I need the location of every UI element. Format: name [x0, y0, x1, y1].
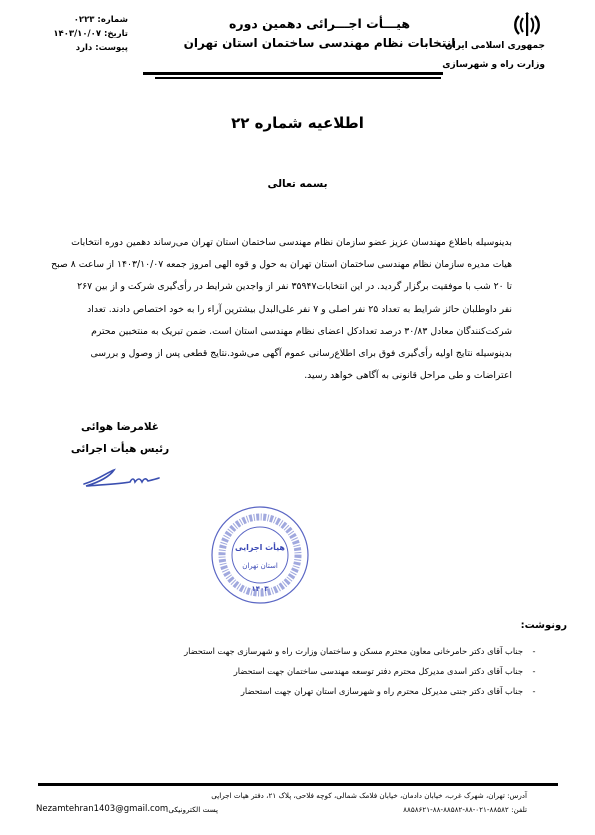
signer-role: رئیس هیأت اجرائی [60, 443, 180, 455]
cc-item: -جناب آقای دکتر حامرخانی معاون محترم مسک… [184, 646, 545, 656]
announcement-body: بدینوسیله باطلاع مهندسان عزیز عضو سازمان… [80, 232, 512, 387]
body-line: شرکت‌کنندگان معادل ۳۰/۸۳ درصد تعدادکل اع… [80, 321, 512, 343]
handwritten-signature-icon [80, 466, 160, 490]
body-line: بدینوسیله باطلاع مهندسان عزیز عضو سازمان… [80, 232, 512, 254]
invocation: بسمه تعالی [0, 178, 595, 190]
footer-address: آدرس: تهران، شهرک غرب، خیابان دادمان، خی… [211, 791, 527, 800]
stamp-text-province: استان تهران [205, 562, 315, 570]
body-line: بدینوسیله نتایج اولیه رأی‌گیری فوق برای … [80, 343, 512, 365]
footer-phone: تلفن: ۸۸۵۸۲-۰۲۱-۸۸-۸۸۵۸۲-۸۸-۸۸۵۸۶۲۱ [403, 805, 527, 814]
footer-divider [38, 783, 558, 786]
body-line: تا ۲۰ شب با موفقیت برگزار گردید. در این … [80, 276, 512, 298]
letter-attachment: پیوست: دارد [18, 43, 128, 53]
body-line: اعتراضات و طی مراحل قانونی به آگاهی خواه… [80, 365, 512, 387]
stamp-year: ۱۴۰۳ [205, 585, 315, 593]
cc-title: رونوشت: [521, 620, 567, 631]
header-divider-thin [155, 77, 441, 79]
header-divider-thick [143, 72, 443, 75]
official-seal-icon [205, 500, 315, 610]
cc-item: -جناب آقای دکتر جنتی مدیرکل محترم راه و … [241, 686, 545, 696]
stamp-text-committee: هیأت اجرایی [205, 543, 315, 552]
footer-email[interactable]: Nezamtehran1403@gmail.com [36, 804, 168, 814]
body-line: نفر داوطلبان حائز شرایط به تعداد ۲۵ نفر … [80, 299, 512, 321]
signer-name: غلامرضا هوائی [60, 421, 180, 433]
cc-item: -جناب آقای دکتر اسدی مدیرکل محترم دفتر ت… [234, 666, 545, 676]
ministry-name: وزارت راه و شهرسازی [442, 60, 545, 70]
letter-number: شماره: ۰۲۲۳ [18, 15, 128, 25]
announcement-title: اطلاعیه شماره ۲۲ [0, 114, 595, 132]
body-line: هیات مدیره سازمان نظام مهندسی ساختمان اس… [80, 254, 512, 276]
letter-date: تاریخ: ۱۴۰۳/۱۰/۰۷ [18, 29, 128, 39]
